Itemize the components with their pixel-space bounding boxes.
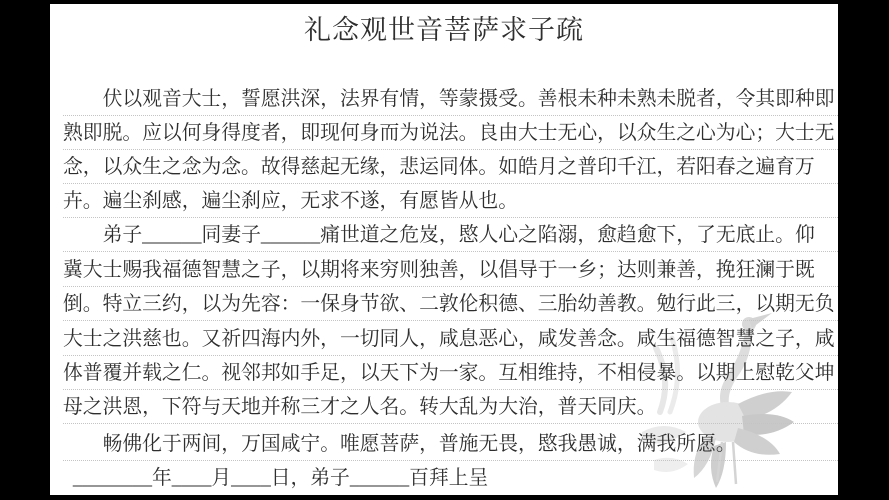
text-line: 冀大士赐我福德智慧之子，以期将来穷则独善，以倡导于一乡；达则兼善，挽狂澜于既 [63,252,838,287]
document-page: 礼念观世音菩萨求子疏 伏以观音大士，誓愿洪深，法界有情，等蒙摄受。善根未种未熟未… [50,4,838,495]
text-line: 倒。特立三约，以为先容：一保身节欲、二敦伦积德、三胎幼善教。勉行此三，以期无负 [63,287,838,321]
document-body: 伏以观音大士，誓愿洪深，法界有情，等蒙摄受。善根未种未熟未脱者，令其即种即 熟即… [63,67,838,495]
text-line: 大士之洪慈也。又祈四海内外，一切同人，咸息恶心，咸发善念。咸生福德智慧之子，咸 [63,321,838,356]
text-line: 母之洪恩，下符与天地并称三才之人名。转大乱为大治，普天同庆。 [63,390,838,424]
image-letterbox-viewport: 礼念观世音菩萨求子疏 伏以观音大士，誓愿洪深，法界有情，等蒙摄受。善根未种未熟未… [0,0,889,500]
text-line: 伏以观音大士，誓愿洪深，法界有情，等蒙摄受。善根未种未熟未脱者，令其即种即 [63,67,838,116]
text-line: 畅佛化于两间，万国咸宁。唯愿菩萨，普施无畏，愍我愚诚，满我所愿。 [63,424,838,461]
text-line: 熟即脱。应以何身得度者，即现何身而为说法。良由大士无心，以众生之心为心；大士无 [63,116,838,150]
text-line: 体普覆并载之仁。视邻邦如手足，以天下为一家。互相维持，不相侵暴。以期上慰乾父坤 [63,356,838,390]
signature-date-line: ________年____月____日，弟子______百拜上呈 [63,461,838,495]
text-line: 卉。遍尘刹感，遍尘刹应，无求不遂，有愿皆从也。 [63,184,838,218]
text-line: 念，以众生之念为念。故得慈起无缘，悲运同体。如皓月之普印千江，若阳春之遍育万 [63,150,838,184]
document-title: 礼念观世音菩萨求子疏 [50,8,838,47]
blank-fill-line: 弟子______同妻子______痛世道之危岌，愍人心之陷溺，愈趋愈下，了无底止… [63,218,838,252]
